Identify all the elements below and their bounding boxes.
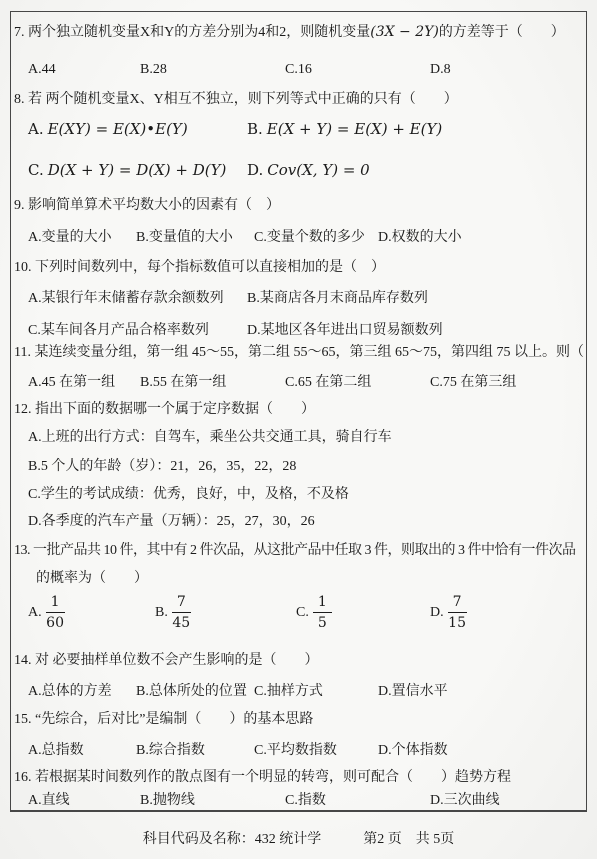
question-number: 13. — [14, 543, 30, 558]
question-text: 指出下面的数据哪一个属于定序数据（ ） — [35, 402, 315, 417]
option-c: C.D(X + Y) = D(X) + D(Y) — [28, 161, 247, 179]
option-a: A. 160 — [28, 593, 155, 632]
question-text: 对 必要抽样单位数不会产生影响的是（ ） — [35, 653, 319, 668]
question-12-option-d: D.各季度的汽车产量（万辆）：25，27，30，26 — [28, 513, 315, 531]
option-label: A. — [28, 604, 42, 622]
numerator: 7 — [172, 593, 191, 613]
question-number: 15. — [14, 712, 32, 727]
question-13-stem-line-1: 13. 一批产品共 10 件，其中有 2 件次品，从这批产品中任取 3 件，则取… — [14, 542, 580, 560]
subject-code-label: 科目代码及名称：432 统计学 — [143, 828, 322, 848]
question-number: 11. — [14, 345, 31, 360]
option-b: B.E(X + Y) = E(X) + E(Y) — [247, 120, 576, 138]
numerator: 1 — [46, 593, 65, 613]
option-b: B. 745 — [155, 593, 296, 632]
option-a: A.直线 — [28, 792, 140, 810]
question-number: 14. — [14, 653, 32, 668]
question-9-stem: 9. 影响简单算术平均数大小的因素有（ ） — [14, 197, 580, 215]
option-b: B.28 — [140, 61, 285, 79]
question-number: 8. — [14, 92, 25, 107]
option-formula: Cov(X, Y) = 0 — [267, 161, 369, 179]
option-c: C.学生的考试成绩：优秀，良好，中，及格，不及格 — [28, 487, 349, 502]
option-label: B. — [247, 120, 263, 138]
question-12-option-c: C.学生的考试成绩：优秀，良好，中，及格，不及格 — [28, 486, 349, 504]
option-a: A.上班的出行方式：自驾车，乘坐公共交通工具，骑自行车 — [28, 430, 392, 445]
question-text: 若根据某时间数列作的散点图有一个明显的转弯，则可配合（ ）趋势方程 — [35, 770, 511, 785]
question-text: 的方差等于（ ） — [439, 25, 565, 40]
option-label: A. — [28, 120, 44, 138]
option-c: C.变量个数的多少 — [254, 229, 378, 247]
option-label: C. — [28, 161, 44, 179]
option-d: D.个体指数 — [378, 742, 576, 760]
question-text: 两个独立随机变量X和Y的方差分别为4和2，则随机变量 — [28, 25, 370, 40]
question-10-stem: 10. 下列时间数列中，每个指标数值可以直接相加的是（ ） — [14, 259, 580, 277]
question-16-options: A.直线 B.抛物线 C.指数 D.三次曲线 — [28, 792, 576, 810]
question-number: 7. — [14, 25, 25, 40]
option-c: C. 15 — [296, 593, 430, 632]
question-10-options-row-1: A.某银行年末储蓄存款余额数列 B.某商店各月末商品库存数列 — [28, 290, 576, 308]
option-d: D.置信水平 — [378, 683, 576, 701]
option-a: A.E(XY) = E(X)•E(Y) — [28, 120, 247, 138]
question-8-options-row-1: A.E(XY) = E(X)•E(Y) B.E(X + Y) = E(X) + … — [28, 120, 576, 138]
math-expression: (3X − 2Y) — [370, 24, 439, 40]
question-12-option-a: A.上班的出行方式：自驾车，乘坐公共交通工具，骑自行车 — [28, 429, 392, 447]
option-d: D.权数的大小 — [378, 229, 576, 247]
option-c: C.某车间各月产品合格率数列 — [28, 322, 247, 340]
question-text: 的概率为（ ） — [36, 571, 148, 586]
option-a: A.44 — [28, 61, 140, 79]
question-text: 若 两个随机变量X、Y相互不独立，则下列等式中正确的只有（ ） — [28, 92, 458, 107]
question-number: 10. — [14, 260, 32, 275]
option-d: C.75 在第三组 — [430, 374, 576, 392]
numerator: 7 — [448, 593, 467, 613]
question-16-stem: 16. 若根据某时间数列作的散点图有一个明显的转弯，则可配合（ ）趋势方程 — [14, 769, 580, 787]
question-15-options: A.总指数 B.综合指数 C.平均数指数 D.个体指数 — [28, 742, 576, 760]
option-b: B.5 个人的年龄（岁）：21，26，35，22，28 — [28, 459, 296, 474]
numerator: 1 — [313, 593, 332, 613]
option-d: D.三次曲线 — [430, 792, 576, 810]
option-b: B.综合指数 — [136, 742, 254, 760]
option-c: C.抽样方式 — [254, 683, 378, 701]
option-b: B.某商店各月末商品库存数列 — [247, 290, 576, 308]
question-7-options: A.44 B.28 C.16 D.8 — [28, 61, 576, 79]
page-footer: 科目代码及名称：432 统计学 第2 页 共 5页 — [0, 828, 597, 848]
option-d: D.某地区各年进出口贸易额数列 — [247, 322, 576, 340]
option-a: A.变量的大小 — [28, 229, 136, 247]
option-d: D.8 — [430, 61, 576, 79]
question-7-stem: 7. 两个独立随机变量X和Y的方差分别为4和2，则随机变量(3X − 2Y)的方… — [14, 23, 580, 42]
option-b: B.变量值的大小 — [136, 229, 254, 247]
denominator: 45 — [172, 613, 190, 632]
question-14-stem: 14. 对 必要抽样单位数不会产生影响的是（ ） — [14, 652, 580, 670]
option-a: A.45 在第一组 — [28, 374, 140, 392]
fraction: 715 — [448, 593, 467, 632]
option-a: A.总指数 — [28, 742, 136, 760]
option-d: D.各季度的汽车产量（万辆）：25，27，30，26 — [28, 514, 315, 529]
question-12-option-b: B.5 个人的年龄（岁）：21，26，35，22，28 — [28, 458, 296, 476]
option-formula: D(X + Y) = D(X) + D(Y) — [48, 161, 227, 179]
option-a: A.总体的方差 — [28, 683, 136, 701]
question-10-options-row-2: C.某车间各月产品合格率数列 D.某地区各年进出口贸易额数列 — [28, 322, 576, 340]
denominator: 60 — [46, 613, 64, 632]
page-number-label: 第2 页 共 5页 — [363, 828, 454, 848]
fraction: 15 — [313, 593, 332, 632]
option-formula: E(X + Y) = E(X) + E(Y) — [267, 120, 442, 138]
option-d: D.Cov(X, Y) = 0 — [247, 161, 576, 179]
option-label: D. — [430, 604, 444, 622]
denominator: 15 — [448, 613, 466, 632]
question-number: 9. — [14, 198, 25, 213]
question-number: 16. — [14, 770, 32, 785]
question-14-options: A.总体的方差 B.总体所处的位置 C.抽样方式 D.置信水平 — [28, 683, 576, 701]
option-label: C. — [296, 604, 309, 622]
denominator: 5 — [318, 613, 327, 632]
option-c: C.平均数指数 — [254, 742, 378, 760]
option-c: C.指数 — [285, 792, 430, 810]
option-label: B. — [155, 604, 168, 622]
option-a: A.某银行年末储蓄存款余额数列 — [28, 290, 247, 308]
option-label: D. — [247, 161, 263, 179]
option-b: B.55 在第一组 — [140, 374, 285, 392]
option-c: C.65 在第二组 — [285, 374, 430, 392]
question-9-options: A.变量的大小 B.变量值的大小 C.变量个数的多少 D.权数的大小 — [28, 229, 576, 247]
question-8-stem: 8. 若 两个随机变量X、Y相互不独立，则下列等式中正确的只有（ ） — [14, 91, 580, 109]
question-11-options: A.45 在第一组 B.55 在第一组 C.65 在第二组 C.75 在第三组 — [28, 374, 576, 392]
question-text: 下列时间数列中，每个指标数值可以直接相加的是（ ） — [35, 260, 385, 275]
question-15-stem: 15. “先综合，后对比”是编制（ ）的基本思路 — [14, 711, 580, 729]
question-12-stem: 12. 指出下面的数据哪一个属于定序数据（ ） — [14, 401, 580, 419]
question-13-options: A. 160 B. 745 C. 15 D. 715 — [28, 593, 576, 632]
option-d: D. 715 — [430, 593, 576, 632]
question-text: 影响简单算术平均数大小的因素有（ ） — [28, 198, 280, 213]
option-b: B.总体所处的位置 — [136, 683, 254, 701]
question-number: 12. — [14, 402, 32, 417]
option-b: B.抛物线 — [140, 792, 285, 810]
question-text: 某连续变量分组，第一组 45～55，第二组 55～65，第三组 65～75，第四… — [34, 345, 597, 360]
scanned-exam-page: 7. 两个独立随机变量X和Y的方差分别为4和2，则随机变量(3X − 2Y)的方… — [0, 0, 597, 859]
question-13-stem-line-2: 的概率为（ ） — [36, 570, 148, 588]
fraction: 745 — [172, 593, 191, 632]
question-text: “先综合，后对比”是编制（ ）的基本思路 — [35, 712, 313, 727]
question-11-stem: 11. 某连续变量分组，第一组 45～55，第二组 55～65，第三组 65～7… — [14, 344, 580, 362]
question-8-options-row-2: C.D(X + Y) = D(X) + D(Y) D.Cov(X, Y) = 0 — [28, 161, 576, 179]
fraction: 160 — [46, 593, 65, 632]
option-formula: E(XY) = E(X)•E(Y) — [48, 120, 188, 138]
option-c: C.16 — [285, 61, 430, 79]
question-text: 一批产品共 10 件，其中有 2 件次品，从这批产品中任取 3 件，则取出的 3… — [33, 543, 576, 558]
